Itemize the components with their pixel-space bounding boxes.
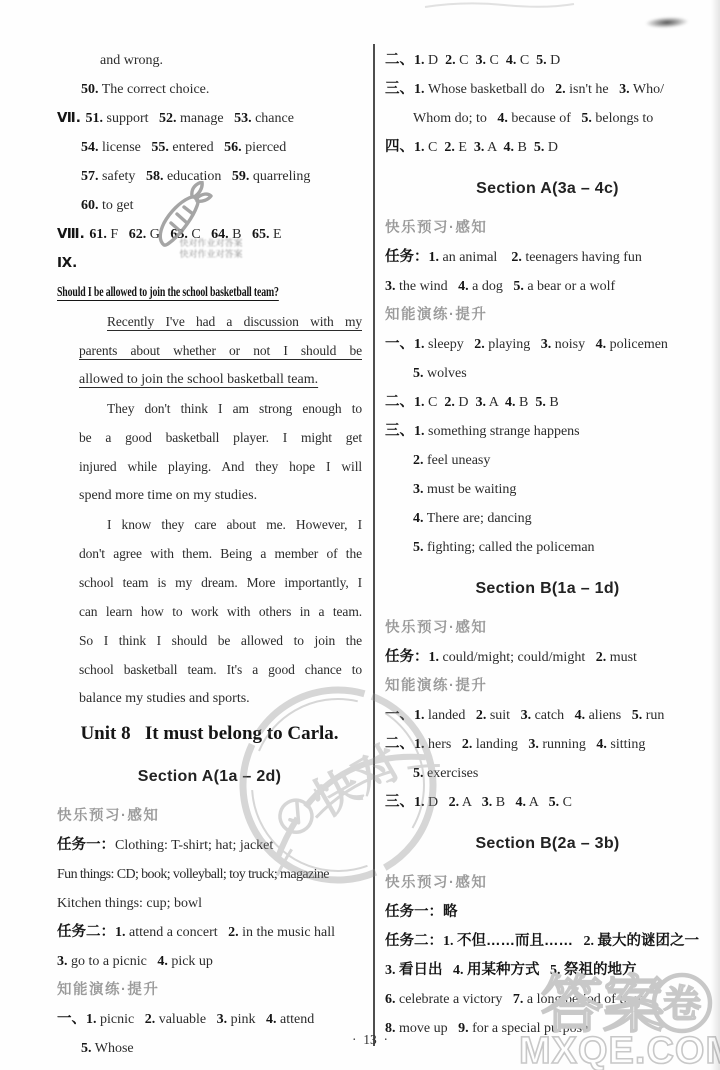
- answer-line: 二、1. C 2. D 3. A 4. B 5. B: [385, 388, 710, 417]
- answer-line: 2. feel uneasy: [385, 446, 710, 475]
- answer-line: 任务二：1. attend a concert 2. in the music …: [57, 918, 362, 947]
- answer-line: 57. safety 58. education 59. quarreling: [57, 162, 362, 191]
- answer-line: and wrong.: [57, 46, 362, 75]
- essay-line: school basketball team. It's a good chan…: [57, 655, 362, 684]
- section-label: 知能演练·提升: [385, 672, 710, 701]
- answer-line: 3. the wind 4. a dog 5. a bear or a wolf: [385, 272, 710, 301]
- page-number: · 13 ·: [10, 1032, 720, 1048]
- answer-line: spend more time on my studies.: [57, 481, 362, 510]
- answer-line: Ⅶ. 51. support 52. manage 53. chance: [57, 104, 362, 133]
- unit-heading: Unit 8 It must belong to Carla.: [57, 717, 362, 750]
- answer-line: 四、1. C 2. E 3. A 4. B 5. D: [385, 133, 710, 162]
- answer-line: Fun things: CD; book; volleyball; toy tr…: [57, 860, 362, 889]
- answer-line: 3. go to a picnic 4. pick up: [57, 947, 362, 976]
- answer-line: Kitchen things: cup; bowl: [57, 889, 362, 918]
- answer-line: 4. There are; dancing: [385, 504, 710, 533]
- answer-line: 5. wolves: [385, 359, 710, 388]
- page-edge-shadow: [711, 0, 720, 1070]
- answer-line: 任务二：1. 不但……而且…… 2. 最大的谜团之一: [385, 927, 710, 956]
- answer-line: 三、1. Whose basketball do 2. isn't he 3. …: [385, 75, 710, 104]
- right-column: 二、1. D 2. C 3. C 4. C 5. D三、1. Whose bas…: [385, 46, 710, 1043]
- scan-artifact-line: [424, 0, 576, 10]
- section-label: 快乐预习·感知: [385, 869, 710, 898]
- essay-line: They don't think I am strong enough to: [57, 394, 362, 423]
- section-heading: Section B(1a – 1d): [385, 574, 710, 603]
- essay-line: So I think I should be allowed to join t…: [57, 626, 362, 655]
- answer-line: 5. fighting; called the policeman: [385, 533, 710, 562]
- answer-line: balance my studies and sports.: [57, 684, 362, 713]
- answer-line: 一、1. landed 2. suit 3. catch 4. aliens 5…: [385, 701, 710, 730]
- answer-line: 6. celebrate a victory 7. a long period …: [385, 985, 710, 1014]
- essay-line: injured while playing. And they hope I w…: [57, 452, 362, 481]
- answer-line: 任务：1. an animal 2. teenagers having fun: [385, 243, 710, 272]
- section-label: 知能演练·提升: [385, 301, 710, 330]
- section-label: 知能演练·提升: [57, 976, 362, 1005]
- answer-line: 二、1. hers 2. landing 3. running 4. sitti…: [385, 730, 710, 759]
- essay-line: school team is my dream. More importantl…: [57, 568, 362, 597]
- answer-line: 一、1. sleepy 2. playing 3. noisy 4. polic…: [385, 330, 710, 359]
- essay-title-line: Ⅸ. Should I be allowed to join the schoo…: [57, 249, 362, 307]
- answer-line: allowed to join the school basketball te…: [57, 365, 362, 394]
- answer-line: Whom do; to 4. because of 5. belongs to: [385, 104, 710, 133]
- essay-line: parents about whether or not I should be: [57, 336, 362, 365]
- answer-line: 50. The correct choice.: [57, 75, 362, 104]
- answer-line: 54. license 55. entered 56. pierced: [57, 133, 362, 162]
- answer-key-page: and wrong.50. The correct choice.Ⅶ. 51. …: [0, 0, 720, 1070]
- section-heading: Section A(3a – 4c): [385, 174, 710, 203]
- answer-line: 3. 看日出 4. 用某种方式 5. 祭祖的地方: [385, 956, 710, 985]
- answer-line: 任务一：略: [385, 898, 710, 927]
- essay-line: be a good basketball player. I might get: [57, 423, 362, 452]
- answer-line: 一、1. picnic 2. valuable 3. pink 4. atten…: [57, 1005, 362, 1034]
- answer-line: 任务：1. could/might; could/might 2. must: [385, 643, 710, 672]
- section-label: 快乐预习·感知: [385, 614, 710, 643]
- essay-line: can learn how to work with others in a t…: [57, 597, 362, 626]
- section-heading: Section B(2a – 3b): [385, 829, 710, 858]
- answer-line: 任务一：Clothing: T-shirt; hat; jacket: [57, 831, 362, 860]
- essay-line: don't agree with them. Being a member of…: [57, 539, 362, 568]
- answer-line: Ⅷ. 61. F 62. G 63. C 64. B 65. E: [57, 220, 362, 249]
- left-column: and wrong.50. The correct choice.Ⅶ. 51. …: [57, 46, 362, 1063]
- answer-line: 60. to get: [57, 191, 362, 220]
- section-label: 快乐预习·感知: [57, 802, 362, 831]
- answer-line: 二、1. D 2. C 3. C 4. C 5. D: [385, 46, 710, 75]
- answer-line: 5. exercises: [385, 759, 710, 788]
- essay-line: Recently I've had a discussion with my: [57, 307, 362, 336]
- section-heading: Section A(1a – 2d): [57, 762, 362, 791]
- column-divider: [373, 44, 375, 1046]
- answer-line: 三、1. D 2. A 3. B 4. A 5. C: [385, 788, 710, 817]
- answer-line: 3. must be waiting: [385, 475, 710, 504]
- scan-smudge: [645, 16, 690, 29]
- section-label: 快乐预习·感知: [385, 214, 710, 243]
- essay-line: I know they care about me. However, I: [57, 510, 362, 539]
- answer-line: 三、1. something strange happens: [385, 417, 710, 446]
